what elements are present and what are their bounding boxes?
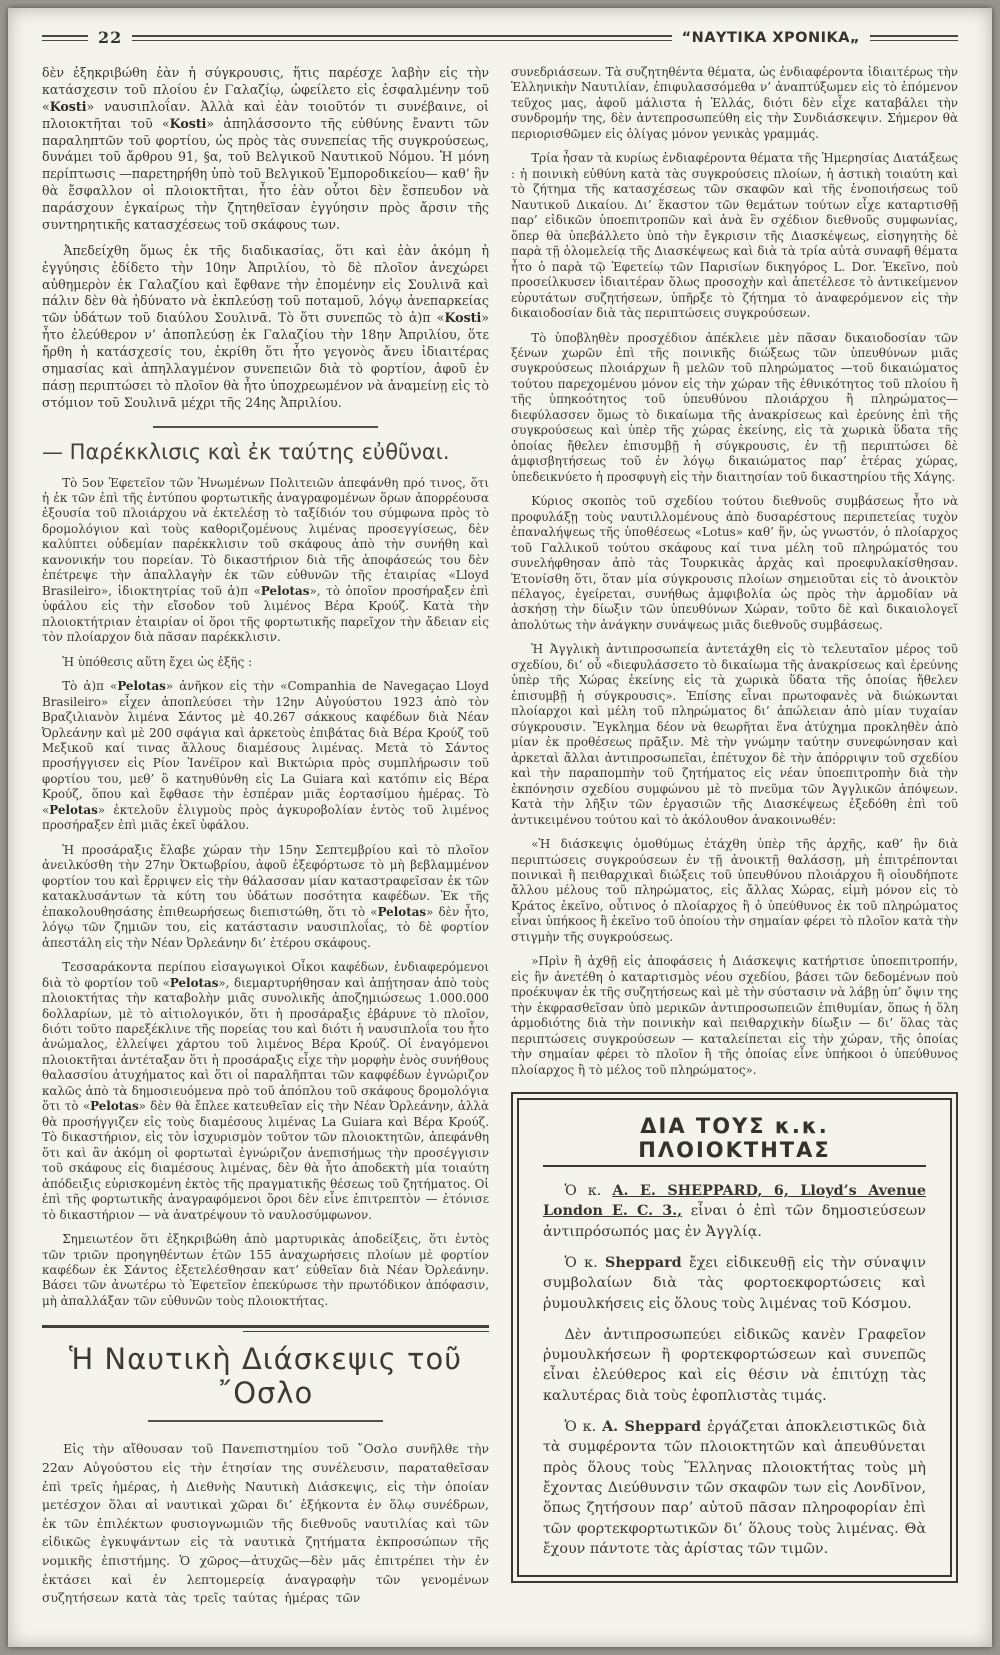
sheppard-name: Sheppard: [605, 1255, 682, 1271]
left-column: δὲν ἐξηκριβώθη ἐὰν ἡ σύγκρουσις, ἥτις πα…: [42, 65, 489, 1617]
oslo-article-paragraph: Ἡ Ἀγγλικὴ ἀντιπροσωπεία ἀντετάχθη εἰς τὸ…: [511, 642, 958, 828]
two-column-layout: δὲν ἐξηκριβώθη ἐὰν ἡ σύγκρουσις, ἥτις πα…: [42, 65, 958, 1617]
oslo-article-heading: Ἡ Ναυτικὴ Διάσκεψις τοῦ ῎Οσλο: [42, 1342, 489, 1410]
section-divider-rule: [153, 426, 378, 428]
right-column: συνεδριάσεων. Τὰ συζητηθέντα θέματα, ὡς …: [511, 65, 958, 1617]
oslo-article-paragraph: Εἰς τὴν αἴθουσαν τοῦ Πανεπιστημίου τοῦ ῎…: [42, 1440, 489, 1607]
journal-title: “ΝΑΥΤΙΚΑ ΧΡΟΝΙΚΑ„: [682, 30, 860, 46]
header-rule-right: [870, 35, 958, 41]
journal-page: 22 “ΝΑΥΤΙΚΑ ΧΡΟΝΙΚΑ„ δὲν ἐξηκριβώθη ἐὰν …: [8, 8, 992, 1647]
advertisement-paragraph: Ὁ κ. Sheppard ἔχει εἰδικευθῇ εἰς τὴν σύν…: [543, 1253, 926, 1314]
deviation-paragraph: Τεσσαράκοντα περίπου εἰσαγωγικοὶ Οἶκοι κ…: [42, 960, 489, 1223]
ad-text: Ὁ κ.: [564, 1419, 602, 1435]
heading-underline-rule: [148, 1420, 383, 1422]
page-number: 22: [98, 28, 122, 47]
oslo-article-paragraph: Κύριος σκοπὸς τοῦ σχεδίου τούτου διεθνοῦ…: [511, 494, 958, 633]
advertisement-paragraph: Δὲν ἀντιπροσωπεύει εἰδικῶς κανὲν Γραφεῖο…: [543, 1325, 926, 1406]
ad-text: ἐργάζεται ἀποκλειστικῶς διὰ τὰ συμφέροντ…: [543, 1419, 926, 1557]
oslo-article-paragraph: Τρία ἦσαν τὰ κυρίως ἐνδιαφέροντα θέματα …: [511, 151, 958, 321]
header-rule-middle: [132, 35, 671, 41]
deviation-paragraph: Τὸ 5ον Ἐφετεῖον τῶν Ἡνωμένων Πολιτειῶν ἀ…: [42, 476, 489, 646]
deviation-paragraph: Ἡ προσάραξις ἔλαβε χώραν τὴν 15ην Σεπτεμ…: [42, 843, 489, 951]
advertisement-paragraph: Ὁ κ. A. E. SHEPPARD, 6, Lloyd’s Avenue L…: [543, 1181, 926, 1242]
ad-text: Ὁ κ.: [564, 1183, 612, 1199]
advertisement-inner-border: ΔΙΑ ΤΟΥΣ κ.κ. ΠΛΟΙΟΚΤΗΤΑΣ Ὁ κ. A. E. SHE…: [517, 1098, 952, 1577]
article-separator-rule: [42, 1325, 489, 1328]
advertisement-heading: ΔΙΑ ΤΟΥΣ κ.κ. ΠΛΟΙΟΚΤΗΤΑΣ: [543, 1114, 926, 1167]
ad-text: Ὁ κ.: [564, 1255, 605, 1271]
sheppard-name: A. Sheppard: [602, 1419, 701, 1435]
oslo-article-paragraph: Τὸ ὑποβληθὲν προσχέδιον ἀπέκλειε μὲν πᾶσ…: [511, 331, 958, 486]
deviation-paragraph: Σημειωτέον ὅτι ἐξηκριβώθη ἀπὸ μαρτυρικὰς…: [42, 1232, 489, 1309]
kosti-article-paragraph: Ἀπεδείχθη ὅμως ἐκ τῆς διαδικασίας, ὅτι κ…: [42, 243, 489, 412]
advertisement-paragraph: Ὁ κ. A. Sheppard ἐργάζεται ἀποκλειστικῶς…: [543, 1417, 926, 1559]
oslo-article-paragraph: συνεδριάσεων. Τὰ συζητηθέντα θέματα, ὡς …: [511, 65, 958, 142]
header-rule-left: [42, 35, 88, 41]
communique-paragraph: «Ἡ διάσκεψις ὁμοθύμως ἐτάχθη ὑπὲρ τῆς ἀρ…: [511, 837, 958, 945]
communique-paragraph: »Πρὶν ἢ ἀχθῇ εἰς ἀποφάσεις ἡ Διάσκεψις κ…: [511, 954, 958, 1078]
deviation-paragraph: Ἡ ὑπόθεσις αὕτη ἔχει ὡς ἑξῆς :: [42, 655, 489, 670]
advertisement-heading-wrap: ΔΙΑ ΤΟΥΣ κ.κ. ΠΛΟΙΟΚΤΗΤΑΣ: [543, 1114, 926, 1167]
page-header: 22 “ΝΑΥΤΙΚΑ ΧΡΟΝΙΚΑ„: [42, 28, 958, 47]
kosti-article-paragraph: δὲν ἐξηκριβώθη ἐὰν ἡ σύγκρουσις, ἥτις πα…: [42, 65, 489, 234]
shipowners-advertisement-box: ΔΙΑ ΤΟΥΣ κ.κ. ΠΛΟΙΟΚΤΗΤΑΣ Ὁ κ. A. E. SHE…: [511, 1092, 958, 1583]
deviation-paragraph: Τὸ ἀ)π «Pelotas» ἀνῆκον εἰς τὴν «Companh…: [42, 679, 489, 834]
deviation-section-heading: — Παρέκκλισις καὶ ἐκ ταύτης εὐθῦναι.: [42, 440, 489, 464]
